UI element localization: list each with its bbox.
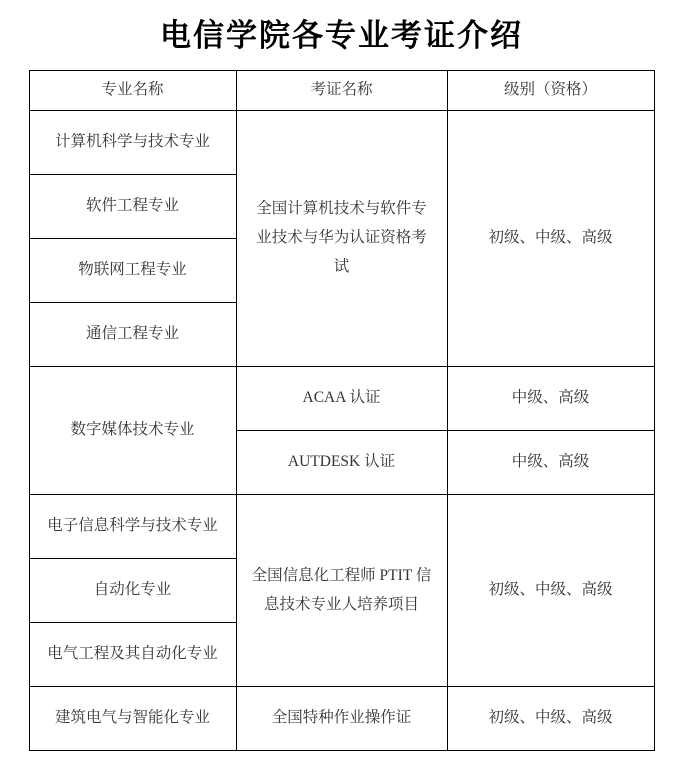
level-cell: 初级、中级、高级	[447, 687, 654, 751]
level-cell: 初级、中级、高级	[447, 111, 654, 367]
table-row: 计算机科学与技术专业 全国计算机技术与软件专业技术与华为认证资格考试 初级、中级…	[29, 111, 654, 175]
level-cell: 初级、中级、高级	[447, 495, 654, 687]
major-cell: 自动化专业	[29, 559, 236, 623]
cert-cell: AUTDESK 认证	[236, 431, 447, 495]
cert-cell: ACAA 认证	[236, 367, 447, 431]
header-level: 级别（资格）	[447, 71, 654, 111]
level-cell: 中级、高级	[447, 431, 654, 495]
major-cell: 物联网工程专业	[29, 239, 236, 303]
major-cell: 数字媒体技术专业	[29, 367, 236, 495]
header-cert: 考证名称	[236, 71, 447, 111]
header-major: 专业名称	[29, 71, 236, 111]
table-row: 建筑电气与智能化专业 全国特种作业操作证 初级、中级、高级	[29, 687, 654, 751]
table-row: 数字媒体技术专业 ACAA 认证 中级、高级	[29, 367, 654, 431]
page-title: 电信学院各专业考证介绍	[0, 10, 683, 55]
certification-table: 专业名称 考证名称 级别（资格） 计算机科学与技术专业 全国计算机技术与软件专业…	[29, 70, 655, 751]
major-cell: 电子信息科学与技术专业	[29, 495, 236, 559]
major-cell: 通信工程专业	[29, 303, 236, 367]
table-row: 电子信息科学与技术专业 全国信息化工程师 PTIT 信息技术专业人培养项目 初级…	[29, 495, 654, 559]
major-cell: 计算机科学与技术专业	[29, 111, 236, 175]
major-cell: 软件工程专业	[29, 175, 236, 239]
major-cell: 电气工程及其自动化专业	[29, 623, 236, 687]
table-header-row: 专业名称 考证名称 级别（资格）	[29, 71, 654, 111]
cert-cell: 全国信息化工程师 PTIT 信息技术专业人培养项目	[236, 495, 447, 687]
cert-cell: 全国计算机技术与软件专业技术与华为认证资格考试	[236, 111, 447, 367]
level-cell: 中级、高级	[447, 367, 654, 431]
document-page: 电信学院各专业考证介绍 专业名称 考证名称 级别（资格） 计算机科学与技术专业 …	[0, 10, 683, 751]
cert-cell: 全国特种作业操作证	[236, 687, 447, 751]
major-cell: 建筑电气与智能化专业	[29, 687, 236, 751]
